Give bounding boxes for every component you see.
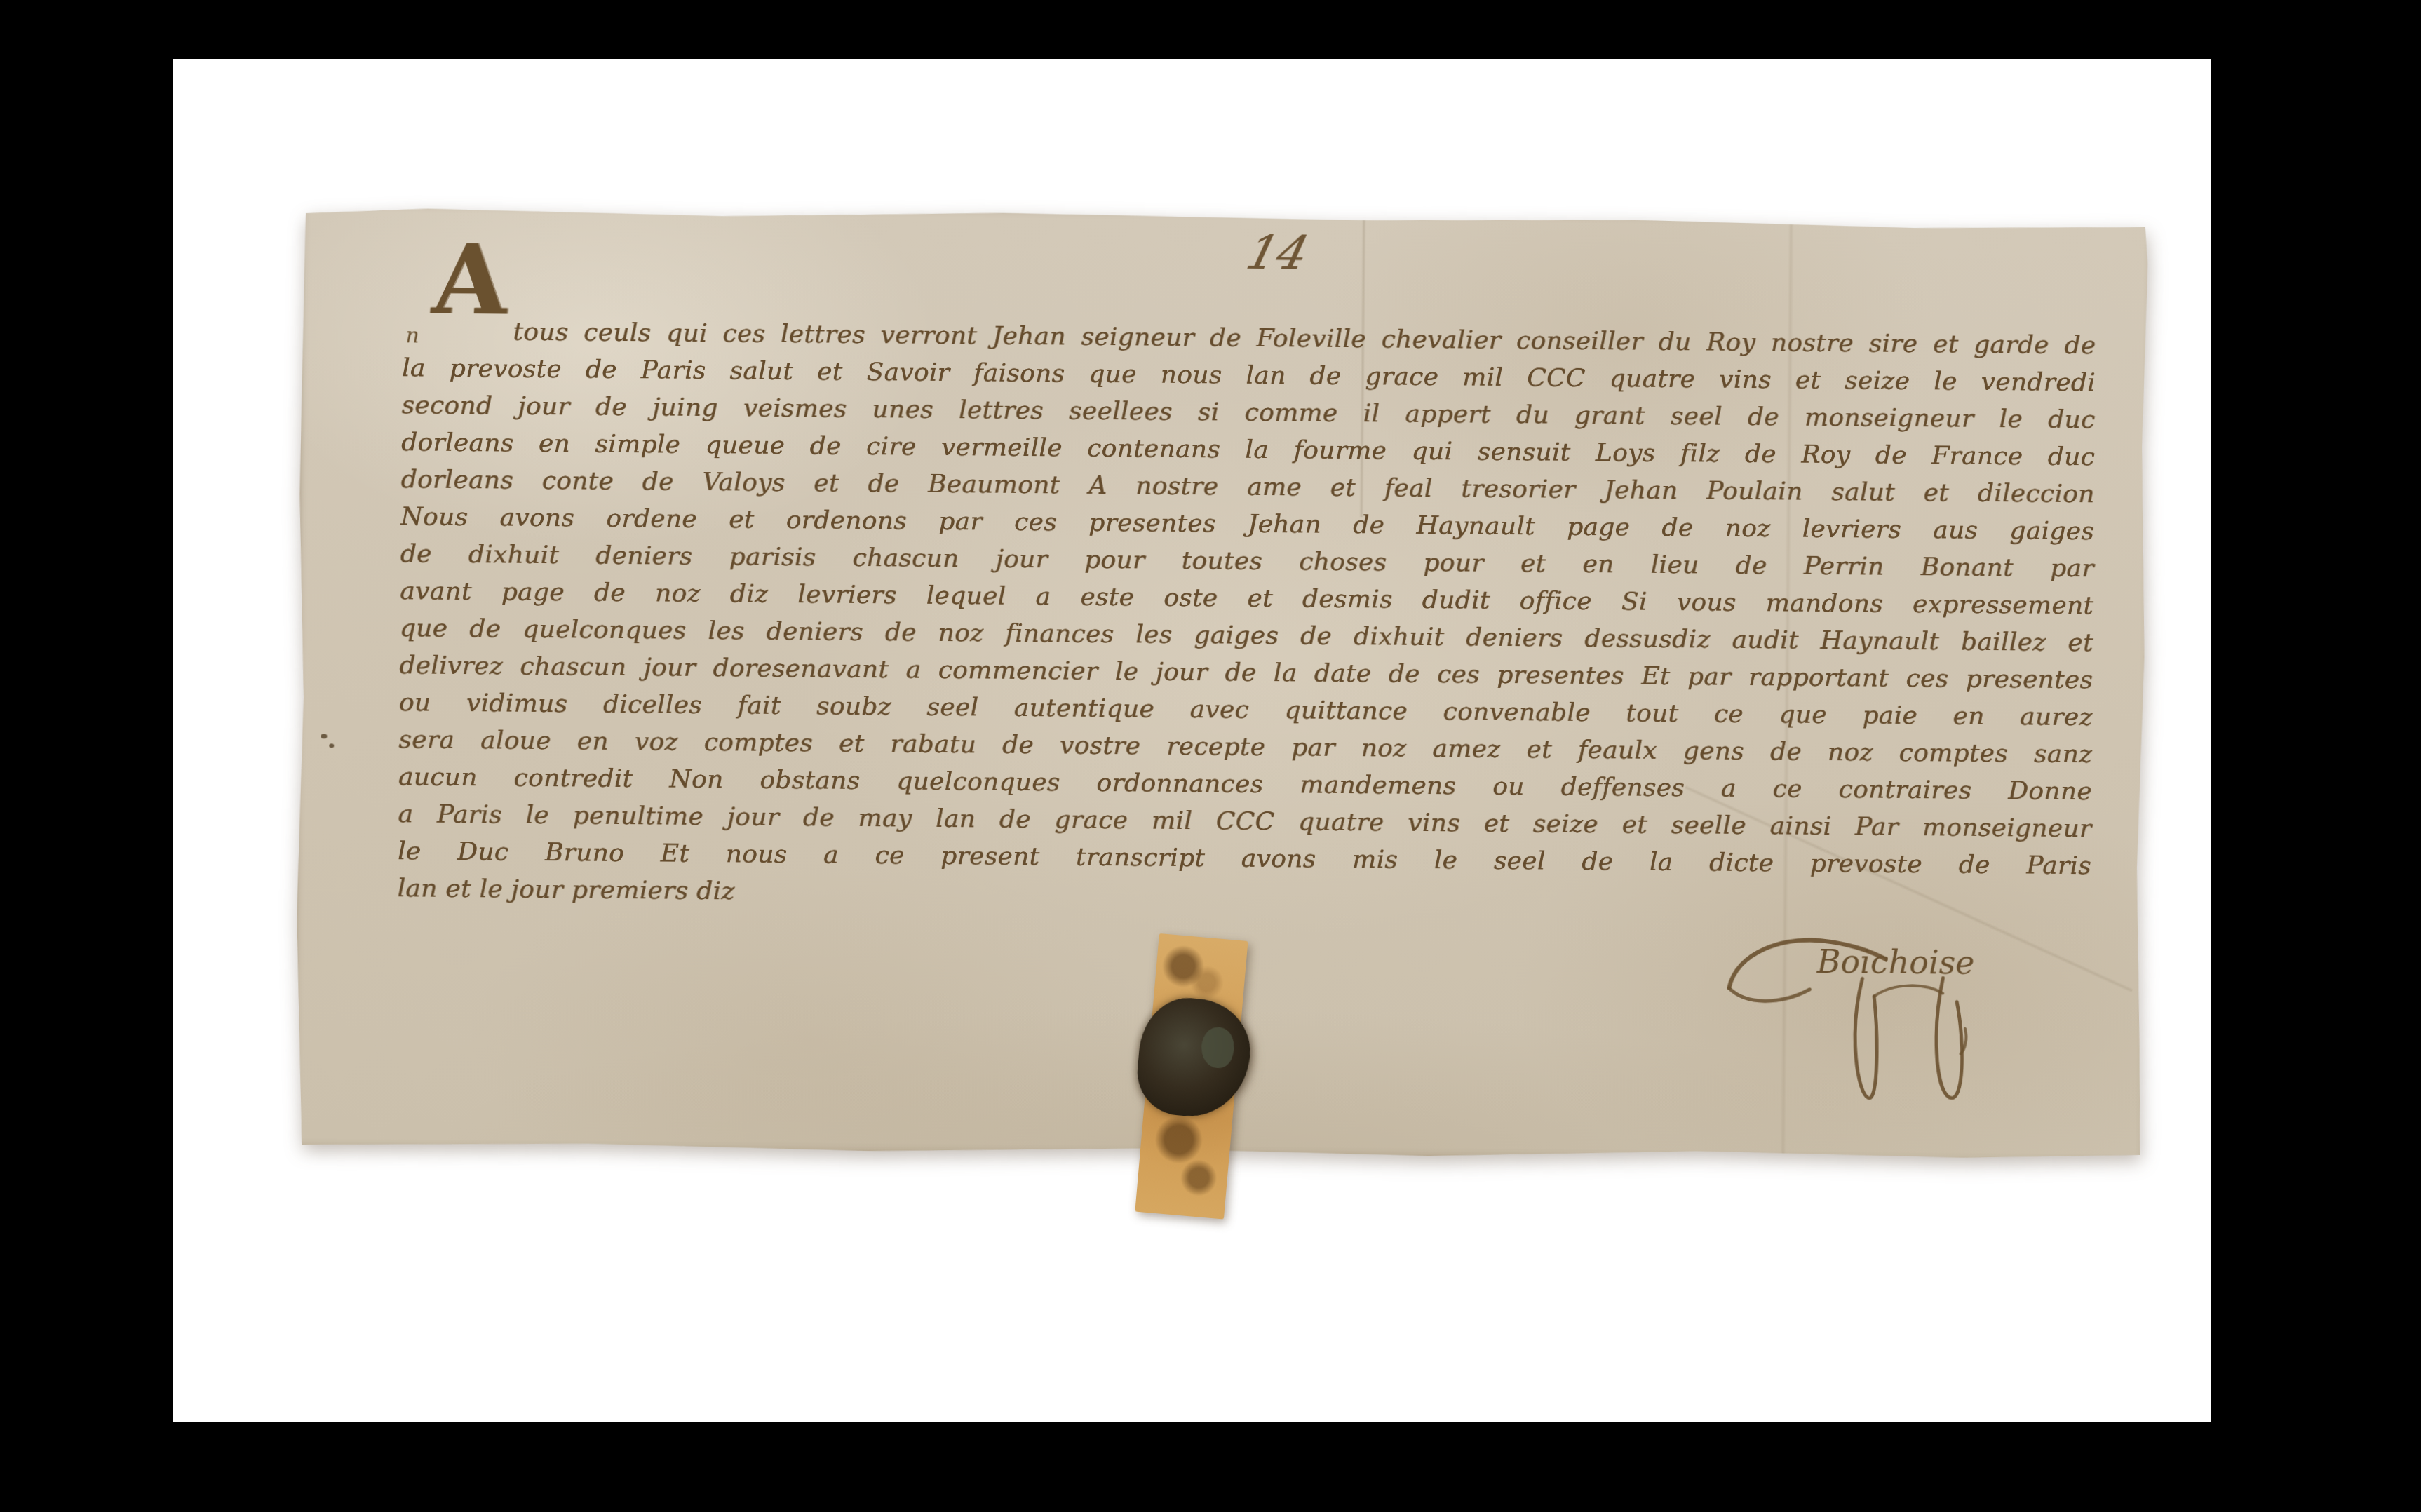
ink-fleck (329, 743, 334, 748)
clerk-signature: Boichoise (1816, 943, 1974, 982)
folio-number: 14 (1241, 226, 1314, 281)
photo-frame: 14 n A tous ceuls qui ces lettres verron… (0, 0, 2421, 1512)
ink-fleck (321, 734, 327, 738)
signature-flourish: Boichoise (1718, 922, 2049, 1135)
seal-wax-glint (1200, 1026, 1236, 1069)
manuscript-text-block: tous ceuls qui ces lettres verront Jehan… (397, 312, 2096, 922)
clerk-signature-block: Boichoise (1718, 922, 2049, 1135)
